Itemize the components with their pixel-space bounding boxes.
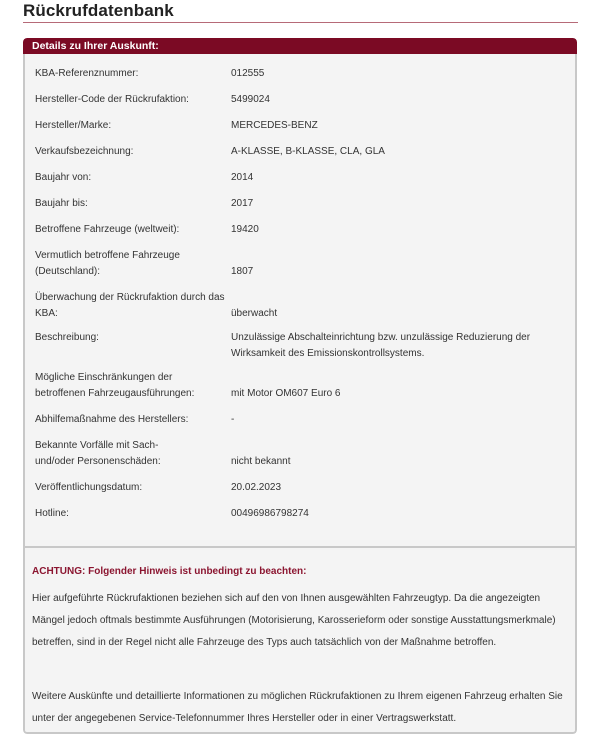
section-divider	[25, 546, 575, 548]
page-title: Rückrufdatenbank	[23, 1, 174, 21]
detail-label: Beschreibung:	[35, 330, 229, 346]
detail-row-affected-germany: Vermutlich betroffene Fahrzeuge (Deutsch…	[35, 248, 565, 280]
warning-heading: ACHTUNG: Folgender Hinweis ist unbedingt…	[32, 564, 306, 580]
detail-label: Mögliche Einschränkungen der betroffenen…	[35, 370, 215, 402]
panel-body: KBA-Referenznummer: 012555 Hersteller-Co…	[23, 54, 577, 734]
detail-label: Überwachung der Rückrufaktion durch das …	[35, 290, 225, 322]
recall-details-panel: Details zu Ihrer Auskunft: KBA-Referenzn…	[23, 38, 577, 734]
detail-value: -	[231, 412, 565, 428]
notice-paragraph: Hier aufgeführte Rückrufaktionen beziehe…	[32, 588, 567, 654]
detail-value: 2017	[231, 196, 565, 212]
detail-label: Veröffentlichungsdatum:	[35, 480, 229, 496]
detail-label: Vermutlich betroffene Fahrzeuge (Deutsch…	[35, 248, 205, 280]
detail-row-vehicle-restrictions: Mögliche Einschränkungen der betroffenen…	[35, 370, 565, 402]
detail-label: Bekannte Vorfälle mit Sach- und/oder Per…	[35, 438, 175, 470]
details-list: KBA-Referenznummer: 012555 Hersteller-Co…	[25, 54, 575, 546]
detail-label: Baujahr von:	[35, 170, 229, 186]
detail-value: 00496986798274	[231, 506, 565, 522]
detail-label: Hersteller/Marke:	[35, 118, 229, 134]
detail-value: 012555	[231, 66, 565, 82]
title-underline	[23, 22, 578, 23]
detail-value: mit Motor OM607 Euro 6	[231, 386, 565, 402]
detail-value: MERCEDES-BENZ	[231, 118, 565, 134]
detail-label: Hotline:	[35, 506, 229, 522]
detail-value: 1807	[231, 264, 565, 280]
detail-label: Abhilfemaßnahme des Herstellers:	[35, 412, 229, 428]
detail-value: Unzulässige Abschalteinrichtung bzw. unz…	[231, 330, 559, 362]
detail-label: Betroffene Fahrzeuge (weltweit):	[35, 222, 229, 238]
detail-value: nicht bekannt	[231, 454, 565, 470]
detail-label: Baujahr bis:	[35, 196, 229, 212]
detail-value: überwacht	[231, 306, 565, 322]
detail-value: A-KLASSE, B-KLASSE, CLA, GLA	[231, 144, 565, 160]
panel-header: Details zu Ihrer Auskunft:	[23, 38, 577, 54]
detail-value: 2014	[231, 170, 565, 186]
detail-label: Verkaufsbezeichnung:	[35, 144, 229, 160]
detail-label: KBA-Referenznummer:	[35, 66, 229, 82]
detail-value: 20.02.2023	[231, 480, 565, 496]
detail-label: Hersteller-Code der Rückrufaktion:	[35, 92, 229, 108]
detail-value: 19420	[231, 222, 565, 238]
detail-value: 5499024	[231, 92, 565, 108]
notice-paragraph: Weitere Auskünfte und detaillierte Infor…	[32, 686, 567, 730]
detail-row-description: Beschreibung: Unzulässige Abschalteinric…	[35, 330, 565, 362]
detail-row-known-incidents: Bekannte Vorfälle mit Sach- und/oder Per…	[35, 438, 565, 470]
detail-row-kba-monitoring: Überwachung der Rückrufaktion durch das …	[35, 290, 565, 322]
